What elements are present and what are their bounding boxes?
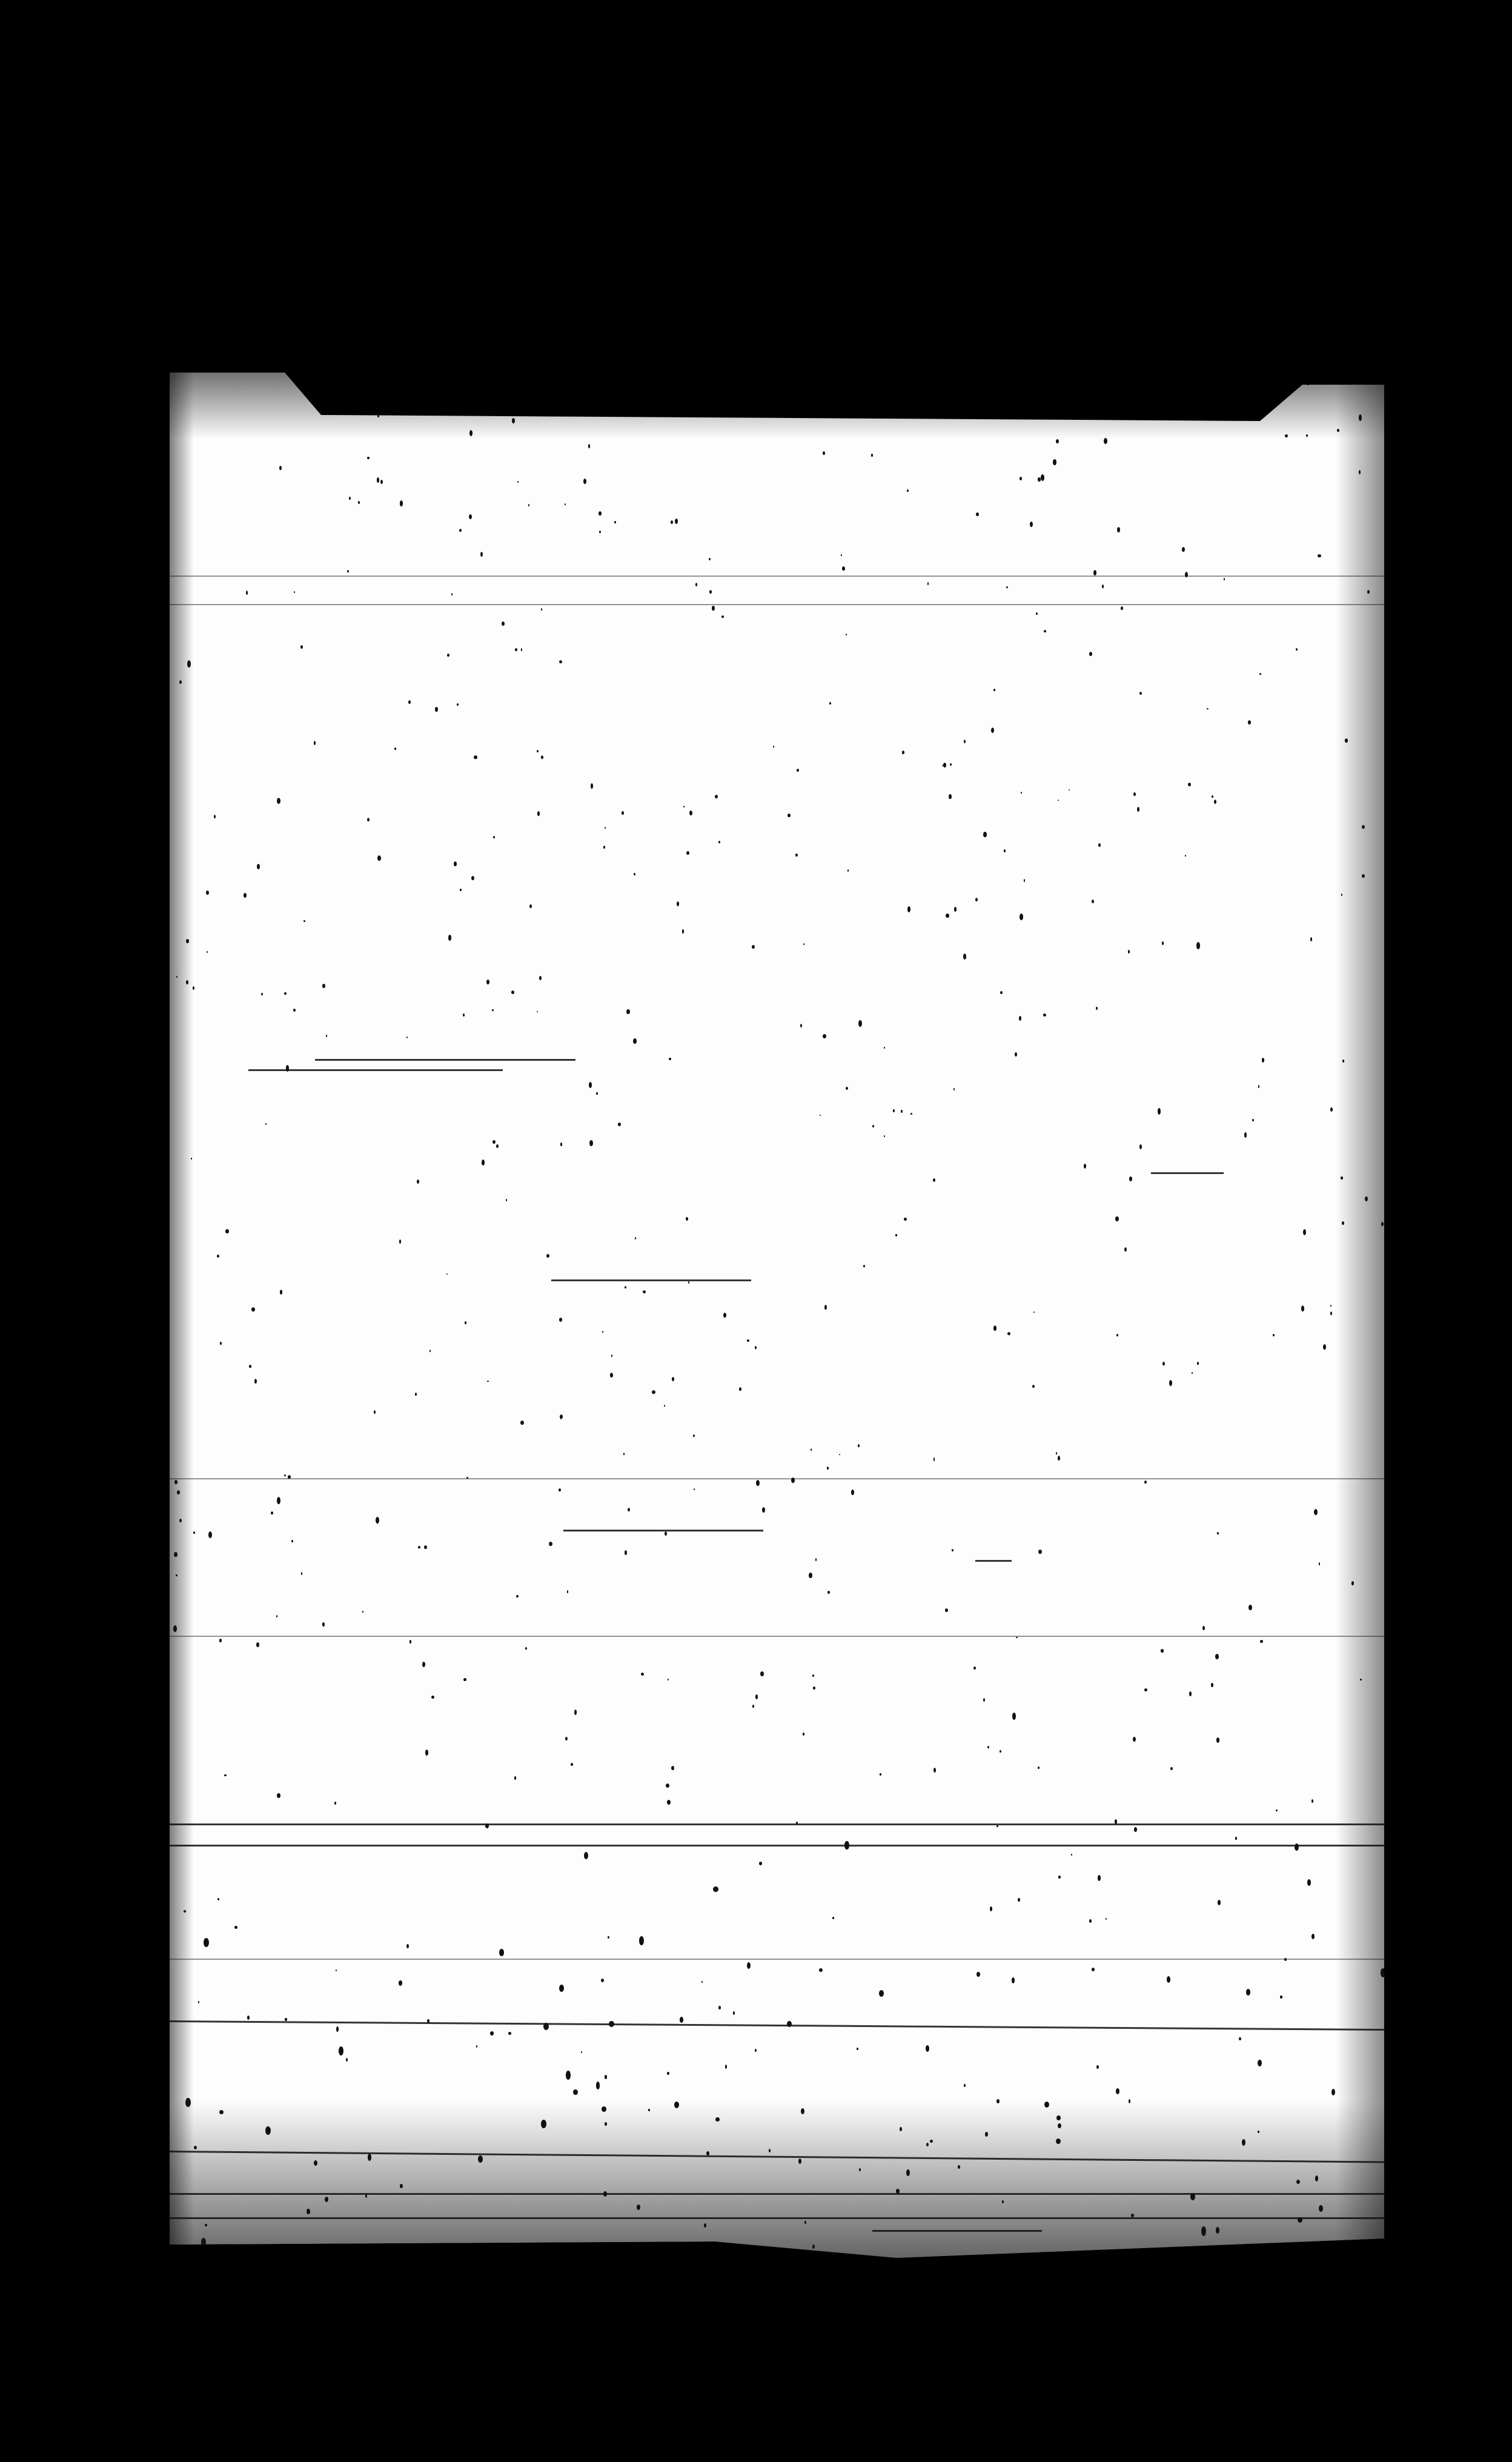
scan-speck [492, 1009, 493, 1010]
scan-speck [1259, 673, 1261, 675]
scan-speck [516, 1595, 519, 1598]
scan-speck [566, 2071, 571, 2079]
ruled-line [170, 2217, 1384, 2219]
scan-speck [374, 1410, 376, 1414]
scan-speck [718, 841, 720, 843]
scan-speck [1242, 2139, 1245, 2146]
scan-speck [362, 1611, 363, 1613]
scan-speck [246, 591, 248, 595]
scan-speck [1248, 1605, 1252, 1610]
scan-speck [186, 939, 189, 943]
scan-speck [1016, 1637, 1017, 1638]
scan-speck [1218, 1900, 1221, 1905]
scan-speck [251, 1307, 255, 1312]
scan-speck [954, 907, 957, 912]
scan-speck [589, 1140, 593, 1146]
scan-speck [265, 2126, 271, 2135]
scan-speck [176, 1574, 177, 1576]
scan-speck [326, 1035, 327, 1037]
scan-speck [1006, 586, 1008, 589]
scan-speck [1092, 900, 1094, 904]
scan-speck [417, 1180, 419, 1184]
ruled-line [170, 604, 1384, 605]
scan-speck [276, 1615, 277, 1618]
scan-speck [291, 1540, 293, 1542]
scan-speck [376, 1517, 379, 1524]
scan-speck [174, 1552, 177, 1557]
scan-speck [301, 1572, 303, 1575]
scan-speck [752, 1705, 755, 1707]
scan-speck [583, 479, 586, 484]
scan-speck [941, 405, 943, 408]
scan-speck [895, 1234, 897, 1236]
scan-speck [1323, 1344, 1326, 1350]
scan-speck [1252, 1119, 1254, 1121]
scan-speck [1167, 1976, 1170, 1983]
scan-speck [820, 1115, 821, 1117]
scan-speck [983, 1698, 985, 1702]
scan-speck [1161, 1649, 1164, 1652]
scan-speck [1129, 1176, 1132, 1181]
scan-speck [1185, 572, 1188, 577]
scan-speck [1098, 1875, 1101, 1881]
scan-speck [603, 846, 605, 848]
scan-speck [400, 500, 403, 506]
scan-speck [964, 740, 966, 743]
scan-speck [1058, 800, 1059, 801]
scan-speck [625, 1550, 627, 1555]
scan-speck [303, 920, 305, 922]
scan-speck [469, 514, 472, 519]
scan-speck [365, 2194, 367, 2198]
scan-speck [277, 1497, 280, 1504]
scan-speck [529, 904, 531, 908]
scan-speck [1276, 1810, 1278, 1811]
scan-speck [756, 1480, 760, 1486]
scan-speck [787, 2021, 791, 2027]
scan-speck [293, 1009, 296, 1012]
scan-speck [429, 1350, 431, 1352]
scan-speck [294, 591, 296, 593]
scan-speck [1301, 1306, 1304, 1312]
scan-speck [1342, 1221, 1344, 1225]
scan-speck [306, 387, 308, 390]
scan-speck [541, 2120, 546, 2128]
scan-speck [1089, 1919, 1092, 1923]
scan-speck [1084, 1164, 1086, 1169]
scan-speck [1235, 1837, 1238, 1840]
scan-speck [1216, 1737, 1220, 1743]
scan-speck [1002, 2200, 1004, 2203]
scan-speck [219, 1639, 222, 1642]
scan-speck [588, 444, 591, 448]
scan-speck [715, 795, 718, 798]
scan-speck [648, 2109, 649, 2111]
ruled-line [170, 576, 1384, 577]
page-shadow-left [170, 373, 194, 2258]
page-shadow-top [170, 373, 1384, 439]
scan-speck [474, 755, 477, 759]
scan-speck [827, 1467, 829, 1469]
scan-speck [1197, 1362, 1199, 1364]
scan-speck [1351, 1581, 1354, 1585]
scan-speck [902, 751, 904, 754]
scan-speck [739, 1387, 741, 1391]
scan-speck [422, 1662, 425, 1668]
scan-speck [185, 2098, 191, 2107]
scan-speck [485, 1823, 489, 1828]
scan-speck [537, 1011, 538, 1012]
scan-speck [667, 1800, 671, 1805]
scan-speck [609, 2021, 614, 2027]
scan-speck [1032, 1385, 1035, 1388]
scan-speck [1030, 522, 1033, 527]
scan-speck [446, 1273, 448, 1275]
scan-speck [173, 1625, 177, 1631]
scan-speck [300, 645, 303, 649]
scan-speck [628, 1508, 630, 1511]
scan-speck [1144, 1481, 1147, 1484]
scan-speck [1116, 1334, 1118, 1336]
scan-speck [1102, 585, 1104, 588]
scan-speck [1319, 1562, 1320, 1565]
scan-speck [795, 854, 798, 857]
scan-speck [733, 2011, 735, 2014]
scan-speck [514, 1776, 516, 1779]
scan-speck [1117, 527, 1120, 533]
scan-speck [589, 1082, 592, 1088]
scan-speck [671, 520, 674, 525]
scan-speck [598, 511, 602, 516]
scan-speck [1033, 1312, 1035, 1313]
scan-speck [760, 1671, 764, 1677]
scan-speck [712, 606, 714, 611]
scan-speck [602, 2106, 606, 2112]
scan-speck [671, 1766, 674, 1771]
scan-speck [811, 1448, 812, 1451]
scan-speck [985, 2132, 988, 2136]
scan-speck [680, 2017, 684, 2023]
scan-speck [943, 763, 946, 768]
scan-speck [1381, 1222, 1384, 1226]
scan-speck [871, 454, 872, 456]
scan-speck [367, 457, 369, 459]
scan-speck [958, 2165, 960, 2169]
scan-speck [996, 1825, 998, 1827]
scan-speck [1121, 606, 1123, 611]
scan-speck [709, 558, 711, 560]
scan-speck [1318, 554, 1321, 558]
scan-speck [713, 1886, 718, 1893]
scan-speck [812, 1674, 815, 1677]
scan-speck [460, 889, 462, 891]
document-page [170, 373, 1384, 2258]
scan-speck [1096, 2065, 1099, 2069]
scan-speck [1248, 720, 1251, 725]
scan-speck [832, 1917, 834, 1919]
scan-speck [926, 2045, 929, 2052]
scan-speck [511, 990, 514, 994]
scan-speck [435, 707, 437, 712]
scan-speck [1093, 570, 1097, 576]
scan-speck [1303, 1229, 1306, 1235]
scan-speck [1315, 2175, 1318, 2182]
scan-speck [1262, 1058, 1264, 1063]
scan-speck [377, 415, 379, 417]
scan-speck [549, 1542, 552, 1546]
scan-speck [952, 1549, 953, 1551]
scan-speck [1202, 1626, 1205, 1631]
scan-speck [257, 864, 260, 870]
scan-speck [858, 1444, 860, 1447]
scan-speck [601, 1979, 604, 1982]
scan-speck [668, 1679, 669, 1681]
scan-speck [633, 1038, 637, 1043]
ruled-line [551, 1279, 751, 1281]
scan-speck [482, 1160, 485, 1166]
scan-speck [991, 728, 994, 734]
scan-speck [1096, 1007, 1098, 1010]
ruled-line [563, 1530, 763, 1531]
scan-speck [1246, 1989, 1251, 1996]
scan-speck [219, 2110, 224, 2114]
scan-speck [425, 1750, 428, 1756]
scan-speck [380, 480, 383, 484]
scan-speck [1058, 1456, 1061, 1461]
scan-speck [265, 1123, 267, 1125]
scan-speck [539, 976, 542, 980]
scan-speck [1214, 800, 1216, 804]
scan-speck [688, 1281, 689, 1284]
scan-speck [1131, 2214, 1134, 2217]
scan-speck [358, 501, 360, 504]
ruled-line [170, 1823, 1384, 1825]
scan-speck [1330, 1312, 1332, 1315]
scan-speck [179, 1519, 182, 1522]
scan-speck [846, 634, 847, 635]
scan-speck [400, 2184, 402, 2188]
scan-speck [515, 648, 517, 652]
scan-speck [1360, 1679, 1361, 1681]
scan-speck [1139, 692, 1142, 695]
scan-speck [465, 1321, 466, 1324]
scan-speck [859, 2168, 861, 2171]
scan-speck [1024, 879, 1025, 881]
scan-speck [394, 748, 396, 749]
scan-speck [950, 763, 952, 766]
scan-speck [1089, 652, 1092, 656]
scan-speck [512, 418, 515, 423]
scan-speck [346, 2058, 348, 2062]
scan-speck [721, 615, 723, 618]
scan-speck [487, 1381, 488, 1382]
scan-speck [463, 1678, 466, 1681]
scan-speck [314, 741, 316, 745]
scan-speck [1295, 1843, 1299, 1851]
scan-speck [486, 980, 489, 984]
scan-speck [1192, 1372, 1193, 1374]
scan-speck [1216, 2227, 1219, 2234]
scan-speck [847, 869, 849, 871]
scan-speck [857, 2048, 858, 2050]
scan-speck [409, 1640, 411, 1643]
scan-speck [1310, 937, 1312, 941]
scan-speck [665, 1531, 668, 1536]
scan-speck [520, 1421, 524, 1425]
scan-speck [701, 1981, 703, 1983]
scan-speck [367, 818, 370, 821]
scan-speck [689, 811, 692, 815]
scan-speck [953, 1088, 955, 1090]
scan-speck [427, 2019, 429, 2023]
scan-speck [573, 2089, 577, 2095]
scan-speck [1158, 1108, 1161, 1115]
scan-speck [1015, 1052, 1017, 1057]
scan-speck [1188, 783, 1191, 787]
scan-speck [408, 700, 411, 704]
scan-speck [459, 529, 462, 532]
scan-speck [643, 1290, 646, 1293]
scan-speck [1182, 547, 1185, 552]
scan-speck [424, 1545, 426, 1549]
scan-speck [1239, 2037, 1241, 2040]
scan-speck [1273, 1334, 1275, 1336]
scan-speck [1306, 434, 1307, 437]
ruled-line [170, 2020, 1384, 2031]
scan-speck [1044, 630, 1046, 632]
scan-speck [1331, 2089, 1335, 2095]
scan-speck [339, 2046, 343, 2056]
scan-speck [217, 1898, 220, 1900]
scan-speck [528, 504, 529, 506]
scan-speck [641, 1673, 644, 1676]
scan-speck [247, 2016, 250, 2020]
scan-speck [819, 1968, 823, 1972]
scan-speck [1212, 795, 1213, 798]
scan-speck [1170, 1767, 1173, 1770]
scan-speck [682, 929, 685, 933]
scan-speck [1330, 1305, 1331, 1307]
scan-speck [880, 1773, 881, 1776]
scan-speck [695, 583, 697, 586]
scan-speck [996, 2099, 1000, 2103]
scan-speck [1092, 1968, 1095, 1972]
scan-speck [993, 689, 996, 691]
scan-speck [1196, 942, 1200, 949]
microfilm-frame [0, 0, 1512, 2462]
ruled-line [170, 1478, 1384, 1479]
scan-speck [596, 1092, 597, 1095]
scan-speck [368, 2154, 371, 2160]
scan-speck [963, 954, 966, 960]
scan-speck [1056, 2138, 1061, 2144]
scan-speck [639, 1936, 644, 1945]
scan-speck [471, 876, 474, 880]
scan-speck [206, 891, 209, 895]
scan-speck [234, 1926, 237, 1929]
scan-speck [508, 2032, 511, 2035]
scan-speck [1036, 612, 1038, 615]
scan-speck [608, 1936, 609, 1939]
scan-speck [907, 489, 909, 492]
scan-speck [1144, 1688, 1147, 1692]
ruled-line [1151, 1172, 1224, 1174]
scan-speck [846, 1087, 849, 1090]
scan-speck [179, 680, 182, 684]
scan-speck [490, 2031, 494, 2035]
scan-speck [1362, 825, 1364, 829]
scan-speck [377, 855, 381, 861]
scan-speck [559, 660, 563, 664]
scan-speck [217, 1255, 219, 1258]
scan-speck [336, 1969, 337, 1971]
scan-speck [574, 1710, 577, 1715]
scan-speck [841, 554, 843, 556]
scan-speck [1193, 406, 1196, 411]
scan-speck [976, 513, 979, 517]
scan-speck [307, 2209, 310, 2215]
scan-speck [1000, 991, 1003, 995]
scan-speck [910, 1113, 912, 1115]
scan-speck [448, 935, 451, 940]
scan-speck [220, 1342, 222, 1345]
scan-speck [1169, 1380, 1172, 1387]
scan-speck [1337, 429, 1339, 433]
scan-speck [1189, 1691, 1192, 1696]
scan-speck [322, 1622, 325, 1626]
scan-speck [284, 992, 287, 995]
scan-speck [1311, 1799, 1313, 1803]
scan-speck [683, 806, 685, 808]
scan-speck [1104, 438, 1107, 444]
scan-speck [537, 811, 540, 815]
scan-speck [1162, 941, 1164, 944]
scan-speck [1007, 1332, 1010, 1336]
scan-speck [559, 1488, 561, 1491]
scan-speck [872, 1125, 874, 1127]
scan-speck [844, 1841, 849, 1850]
scan-speck [1038, 477, 1041, 481]
scan-speck [591, 783, 594, 789]
scan-speck [625, 1286, 626, 1289]
scan-speck [499, 1949, 504, 1956]
scan-speck [896, 2189, 900, 2194]
scan-speck [284, 1475, 286, 1476]
scan-speck [1260, 1640, 1263, 1644]
scan-speck [686, 1217, 688, 1221]
scan-speck [926, 2143, 929, 2146]
scan-speck [797, 769, 799, 772]
scan-speck [418, 1546, 420, 1548]
scan-speck [1004, 849, 1006, 852]
scan-speck [581, 2051, 582, 2053]
scan-speck [927, 582, 929, 585]
scan-speck [946, 914, 949, 918]
scan-speck [565, 503, 566, 505]
scan-speck [635, 1237, 636, 1239]
scan-speck [224, 1774, 226, 1777]
scan-speck [815, 1558, 817, 1561]
scan-speck [546, 1254, 549, 1258]
scan-speck [208, 1531, 212, 1538]
scan-speck [976, 1972, 980, 1977]
scan-speck [879, 1990, 884, 1997]
scan-speck [249, 1365, 252, 1368]
scan-speck [723, 1313, 726, 1318]
scan-speck [823, 1034, 826, 1038]
ruled-line [872, 2230, 1042, 2232]
scan-speck [1307, 380, 1310, 385]
